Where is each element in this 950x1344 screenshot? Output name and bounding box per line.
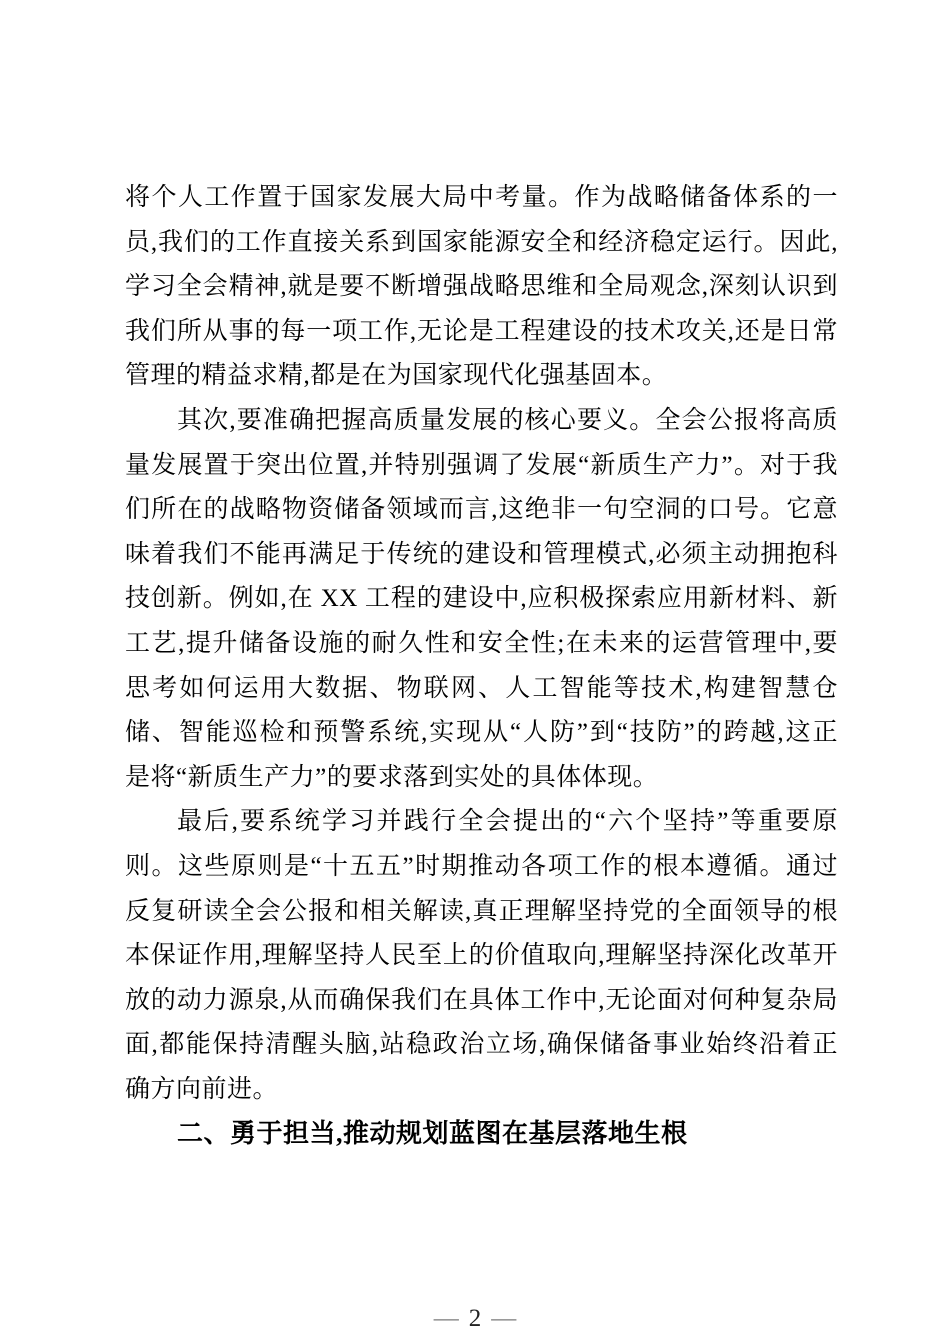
text-line: 确方向前进。 bbox=[125, 1068, 838, 1113]
text-line: 放的动力源泉,从而确保我们在具体工作中,无论面对何种复杂局 bbox=[125, 979, 838, 1024]
text-line: 将个人工作置于国家发展大局中考量。作为战略储备体系的一 bbox=[125, 176, 838, 221]
text-line: 量发展置于突出位置,并特别强调了发展“新质生产力”。对于我 bbox=[125, 444, 838, 489]
section-heading: 二、勇于担当,推动规划蓝图在基层落地生根 bbox=[125, 1112, 838, 1157]
document-content: 将个人工作置于国家发展大局中考量。作为战略储备体系的一员,我们的工作直接关系到国… bbox=[125, 176, 838, 1157]
text-line: 面,都能保持清醒头脑,站稳政治立场,确保储备事业始终沿着正 bbox=[125, 1023, 838, 1068]
text-line: 们所在的战略物资储备领域而言,这绝非一句空洞的口号。它意 bbox=[125, 488, 838, 533]
text-line: 是将“新质生产力”的要求落到实处的具体体现。 bbox=[125, 756, 838, 801]
text-line: 其次,要准确把握高质量发展的核心要义。全会公报将高质 bbox=[125, 399, 838, 444]
text-line: 工艺,提升储备设施的耐久性和安全性;在未来的运营管理中,要 bbox=[125, 622, 838, 667]
text-line: 管理的精益求精,都是在为国家现代化强基固本。 bbox=[125, 354, 838, 399]
page-footer: —2— bbox=[0, 1302, 950, 1336]
document-page: 将个人工作置于国家发展大局中考量。作为战略储备体系的一员,我们的工作直接关系到国… bbox=[0, 0, 950, 1344]
text-line: 技创新。例如,在 XX 工程的建设中,应积极探索应用新材料、新 bbox=[125, 577, 838, 622]
text-line: 则。这些原则是“十五五”时期推动各项工作的根本遵循。通过 bbox=[125, 845, 838, 890]
text-line: 反复研读全会公报和相关解读,真正理解坚持党的全面领导的根 bbox=[125, 890, 838, 935]
paragraph: 最后,要系统学习并践行全会提出的“六个坚持”等重要原则。这些原则是“十五五”时期… bbox=[125, 800, 838, 1112]
heading-line: 二、勇于担当,推动规划蓝图在基层落地生根 bbox=[125, 1112, 838, 1157]
text-line: 学习全会精神,就是要不断增强战略思维和全局观念,深刻认识到 bbox=[125, 265, 838, 310]
text-line: 储、智能巡检和预警系统,实现从“人防”到“技防”的跨越,这正 bbox=[125, 711, 838, 756]
paragraph: 将个人工作置于国家发展大局中考量。作为战略储备体系的一员,我们的工作直接关系到国… bbox=[125, 176, 838, 399]
footer-dash-right: — bbox=[481, 1305, 526, 1332]
text-line: 员,我们的工作直接关系到国家能源安全和经济稳定运行。因此, bbox=[125, 221, 838, 266]
paragraph: 其次,要准确把握高质量发展的核心要义。全会公报将高质量发展置于突出位置,并特别强… bbox=[125, 399, 838, 800]
text-line: 本保证作用,理解坚持人民至上的价值取向,理解坚持深化改革开 bbox=[125, 934, 838, 979]
text-line: 最后,要系统学习并践行全会提出的“六个坚持”等重要原 bbox=[125, 800, 838, 845]
text-line: 味着我们不能再满足于传统的建设和管理模式,必须主动拥抱科 bbox=[125, 533, 838, 578]
page-number: 2 bbox=[469, 1305, 482, 1332]
text-line: 思考如何运用大数据、物联网、人工智能等技术,构建智慧仓 bbox=[125, 667, 838, 712]
text-line: 我们所从事的每一项工作,无论是工程建设的技术攻关,还是日常 bbox=[125, 310, 838, 355]
footer-dash-left: — bbox=[424, 1305, 469, 1332]
